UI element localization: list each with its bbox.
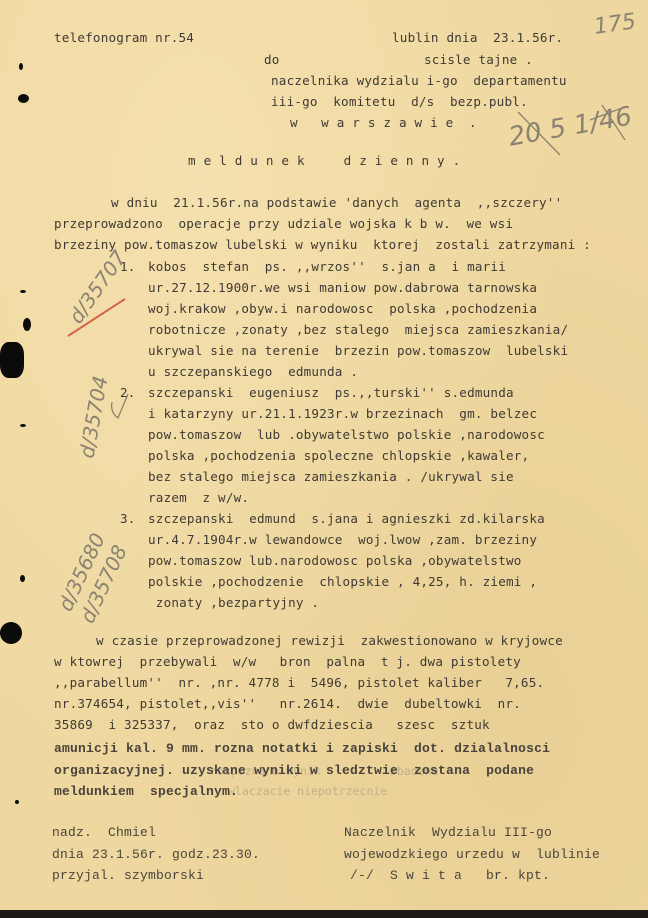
intro-line: brzeziny pow.tomaszow lubelski w wyniku … — [54, 238, 591, 252]
addressee-line-3: w w a r s z a w i e . — [290, 116, 477, 130]
punch-hole — [23, 318, 31, 331]
person-line: pow.tomaszow lub .obywatelstwo polskie ,… — [148, 428, 545, 442]
person-line: ur.27.12.1900r.we wsi maniow pow.dabrowa… — [148, 281, 537, 295]
footer-right-line: /-/ S w i t a br. kpt. — [350, 869, 550, 883]
strike-mark-icon — [510, 100, 640, 160]
search-line: nr.374654, pistolet,,vis'' nr.2614. dwie… — [54, 697, 521, 711]
punch-hole — [0, 622, 22, 644]
intro-line: w dniu 21.1.56r.na podstawie 'danych age… — [111, 196, 562, 210]
search-line: organizacyjnej. uzyskane wyniki w sledzt… — [54, 764, 534, 778]
intro-line: przeprowadzono operacje przy udziale woj… — [54, 217, 513, 231]
place-date: lublin dnia 23.1.56r. — [392, 31, 563, 45]
search-line: ,,parabellum'' nr. ,nr. 4778 i 5496, pis… — [54, 676, 544, 690]
faded-underlying-text: wlaczacie niepotrzecnie — [228, 784, 387, 798]
search-line: w czasie przeprowadzonej rewizji zakwest… — [96, 634, 563, 648]
document-page: telefonogram nr.54 lublin dnia 23.1.56r.… — [0, 0, 648, 910]
search-line: w ktowrej przebywali w/w bron palna t j.… — [54, 655, 521, 669]
page-number-handwritten: 175 — [592, 9, 637, 40]
person-line: polska ,pochodzenia spoleczne chlopskie … — [148, 449, 529, 463]
margin-note-person-2: d/35704 — [75, 374, 113, 460]
footer-right-line: Naczelnik Wydzialu III-go — [344, 826, 552, 840]
person-line: u szczepanskiego edmunda . — [148, 365, 358, 379]
person-line: kobos stefan ps. ,,wrzos'' s.jan a i mar… — [148, 260, 506, 274]
footer-right-line: wojewodzkiego urzedu w lublinie — [344, 848, 600, 862]
punch-hole — [20, 575, 25, 582]
footer-left-line: przyjal. szymborski — [52, 869, 204, 883]
punch-hole — [0, 342, 24, 378]
classification: scisle tajne . — [424, 53, 533, 67]
person-line: pow.tomaszow lub.narodowosc polska ,obyw… — [148, 554, 522, 568]
person-line: ukrywal sie na terenie brzezin pow.tomas… — [148, 344, 568, 358]
person-line: szczepanski eugeniusz ps.,,turski'' s.ed… — [148, 386, 514, 400]
person-number: 3. — [120, 512, 136, 526]
addressee-line-2: iii-go komitetu d/s bezp.publ. — [271, 95, 528, 109]
punch-hole — [20, 424, 26, 427]
person-line: bez stalego miejsca zamieszkania . /ukry… — [148, 470, 514, 484]
punch-hole — [18, 94, 29, 103]
person-line: robotnicze ,zonaty ,bez stalego miejsca … — [148, 323, 568, 337]
person-line: i katarzyny ur.21.1.1923r.w brzezinach g… — [148, 407, 537, 421]
person-line: razem z w/w. — [148, 491, 249, 505]
addressee-do: do — [264, 53, 280, 67]
search-line: amunicji kal. 9 mm. rozna notatki i zapi… — [54, 742, 550, 756]
addressee-line-1: naczelnika wydzialu i-go departamentu — [271, 74, 567, 88]
footer-left-line: nadz. Chmiel — [52, 826, 156, 840]
page-title: m e l d u n e k d z i e n n y . — [188, 154, 460, 168]
checkmark-icon — [108, 392, 132, 422]
punch-hole — [19, 63, 23, 70]
person-line: woj.krakow ,obyw.i narodowosc polska ,po… — [148, 302, 537, 316]
punch-hole — [15, 800, 19, 804]
telefonogram-number: telefonogram nr.54 — [54, 31, 194, 45]
search-line: meldunkiem specjalnym. — [54, 785, 238, 799]
footer-left-line: dnia 23.1.56r. godz.23.30. — [52, 848, 260, 862]
person-line: szczepanski edmund s.jana i agnieszki zd… — [148, 512, 545, 526]
person-line: ur.4.7.1904r.w lewandowce woj.lwow ,zam.… — [148, 533, 537, 547]
scan-bottom-edge — [0, 910, 648, 918]
person-line: zonaty ,bezpartyjny . — [148, 596, 319, 610]
person-line: polskie ,pochodzenie chlopskie , 4,25, h… — [148, 575, 537, 589]
search-line: 35869 i 325337, oraz sto o dwfdziescia s… — [54, 718, 490, 732]
punch-hole — [20, 290, 26, 293]
